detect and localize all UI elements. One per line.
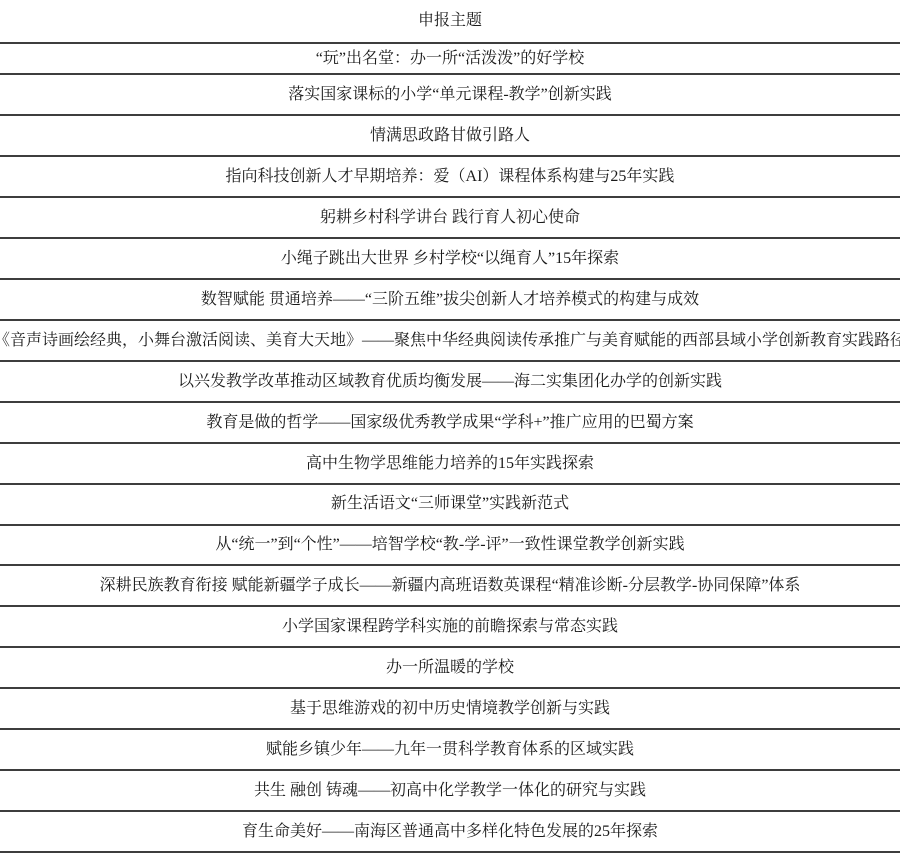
table-row: 办一所温暖的学校 bbox=[0, 648, 900, 689]
table-row: “玩”出名堂：办一所“活泼泼”的好学校 bbox=[0, 44, 900, 75]
topic-text: 从“统一”到“个性”——培智学校“教-学-评”一致性课堂教学创新实践 bbox=[215, 535, 684, 554]
table-row: 基于思维游戏的初中历史情境教学创新与实践 bbox=[0, 689, 900, 730]
topic-text: 指向科技创新人才早期培养：爱（AI）课程体系构建与25年实践 bbox=[226, 167, 675, 186]
table-row: 深耕民族教育衔接 赋能新疆学子成长——新疆内高班语数英课程“精准诊断-分层教学-… bbox=[0, 566, 900, 607]
table-row: 高中生物学思维能力培养的15年实践探索 bbox=[0, 444, 900, 485]
table-row: 情满思政路甘做引路人 bbox=[0, 116, 900, 157]
table-row: 新生活语文“三师课堂”实践新范式 bbox=[0, 485, 900, 526]
topic-text: 数智赋能 贯通培养——“三阶五维”拔尖创新人才培养模式的构建与成效 bbox=[201, 290, 699, 309]
topic-text: 共生 融创 铸魂——初高中化学教学一体化的研究与实践 bbox=[254, 781, 646, 800]
table-row: 共生 融创 铸魂——初高中化学教学一体化的研究与实践 bbox=[0, 771, 900, 812]
table-row: 落实国家课标的小学“单元课程-教学”创新实践 bbox=[0, 75, 900, 116]
table-row: 小绳子跳出大世界 乡村学校“以绳育人”15年探索 bbox=[0, 239, 900, 280]
topic-text: 赋能乡镇少年——九年一贯科学教育体系的区域实践 bbox=[266, 740, 634, 759]
topic-text: 基于思维游戏的初中历史情境教学创新与实践 bbox=[290, 699, 610, 718]
topic-text: 《音声诗画绘经典，小舞台激活阅读、美育大天地》——聚焦中华经典阅读传承推广与美育… bbox=[0, 331, 900, 350]
table-row: 数智赋能 贯通培养——“三阶五维”拔尖创新人才培养模式的构建与成效 bbox=[0, 280, 900, 321]
topic-text: 小学国家课程跨学科实施的前瞻探索与常态实践 bbox=[282, 617, 618, 636]
topic-text: 情满思政路甘做引路人 bbox=[370, 126, 530, 145]
table-row: 从“统一”到“个性”——培智学校“教-学-评”一致性课堂教学创新实践 bbox=[0, 526, 900, 567]
topic-text: 落实国家课标的小学“单元课程-教学”创新实践 bbox=[288, 85, 612, 104]
table-row: 赋能乡镇少年——九年一贯科学教育体系的区域实践 bbox=[0, 730, 900, 771]
application-topics-table: 申报主题 “玩”出名堂：办一所“活泼泼”的好学校 落实国家课标的小学“单元课程-… bbox=[0, 0, 900, 853]
topic-text: 小绳子跳出大世界 乡村学校“以绳育人”15年探索 bbox=[281, 249, 619, 268]
topic-text: “玩”出名堂：办一所“活泼泼”的好学校 bbox=[316, 49, 584, 68]
table-header-label: 申报主题 bbox=[418, 11, 482, 30]
table-row: 指向科技创新人才早期培养：爱（AI）课程体系构建与25年实践 bbox=[0, 157, 900, 198]
topic-rows: “玩”出名堂：办一所“活泼泼”的好学校 落实国家课标的小学“单元课程-教学”创新… bbox=[0, 44, 900, 853]
topic-text: 新生活语文“三师课堂”实践新范式 bbox=[331, 494, 569, 513]
table-row: 以兴发教学改革推动区域教育优质均衡发展——海二实集团化办学的创新实践 bbox=[0, 362, 900, 403]
table-header: 申报主题 bbox=[0, 0, 900, 44]
topic-text: 办一所温暖的学校 bbox=[386, 658, 514, 677]
table-row: 教育是做的哲学——国家级优秀教学成果“学科+”推广应用的巴蜀方案 bbox=[0, 403, 900, 444]
topic-text: 高中生物学思维能力培养的15年实践探索 bbox=[306, 454, 594, 473]
topic-text: 育生命美好——南海区普通高中多样化特色发展的25年探索 bbox=[242, 822, 658, 841]
table-row: 躬耕乡村科学讲台 践行育人初心使命 bbox=[0, 198, 900, 239]
topic-text: 躬耕乡村科学讲台 践行育人初心使命 bbox=[320, 208, 580, 227]
table-row: 育生命美好——南海区普通高中多样化特色发展的25年探索 bbox=[0, 812, 900, 853]
topic-text: 深耕民族教育衔接 赋能新疆学子成长——新疆内高班语数英课程“精准诊断-分层教学-… bbox=[100, 576, 801, 595]
topic-text: 以兴发教学改革推动区域教育优质均衡发展——海二实集团化办学的创新实践 bbox=[178, 372, 722, 391]
topic-text: 教育是做的哲学——国家级优秀教学成果“学科+”推广应用的巴蜀方案 bbox=[206, 413, 693, 432]
table-row: 小学国家课程跨学科实施的前瞻探索与常态实践 bbox=[0, 607, 900, 648]
table-row: 《音声诗画绘经典，小舞台激活阅读、美育大天地》——聚焦中华经典阅读传承推广与美育… bbox=[0, 321, 900, 362]
